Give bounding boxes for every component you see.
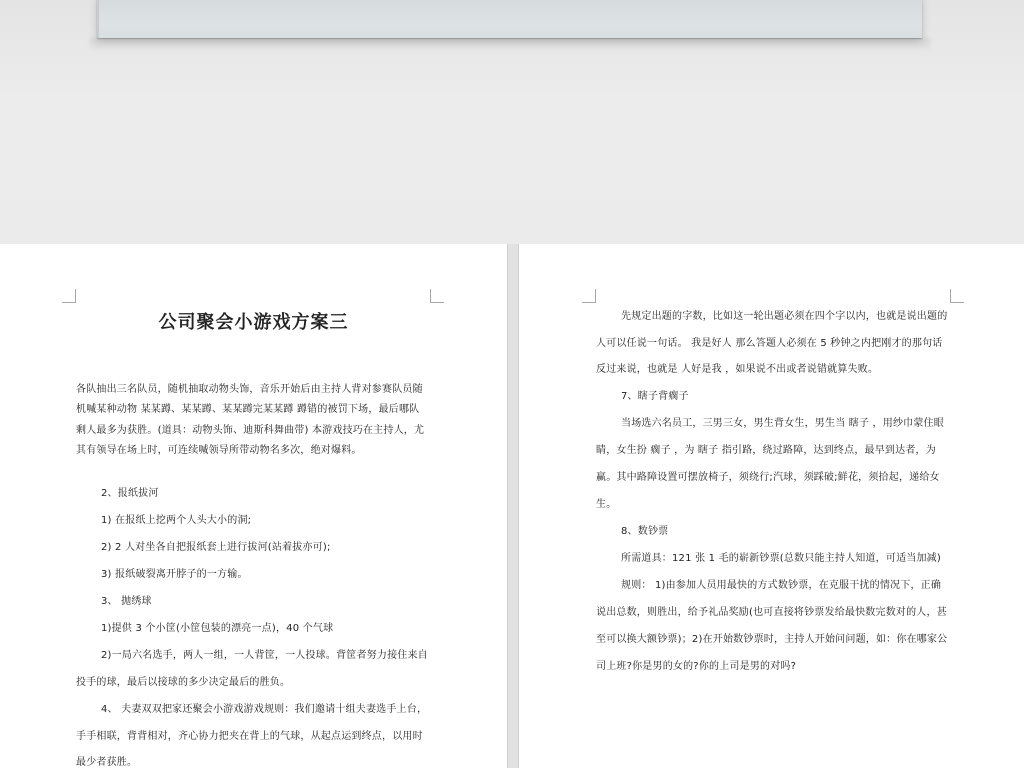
section-heading: 8、数钞票: [621, 525, 668, 539]
list-item: 1)提供 3 个小筐(小筐包装的漂亮一点)，40 个气球: [101, 622, 333, 636]
list-item: 3) 报纸破裂离开脖子的一方输。: [101, 568, 248, 582]
document-page-left: 公司聚会小游戏方案三 各队抽出三名队员，随机抽取动物头饰，音乐开始后由主持人背对…: [0, 244, 507, 768]
margin-corner-top-left: [582, 289, 596, 303]
section-heading: 2、报纸拔河: [101, 487, 159, 501]
paragraph-line: 手手相联，背背相对，齐心协力把夹在背上的气球，从起点运到终点，以用时: [76, 730, 423, 744]
paragraph-line: 投手的球，最后以接球的多少决定最后的胜负。: [76, 676, 290, 690]
list-item: 2)一局六名选手，两人一组，一人背筐，一人投球。背筐者努力接住来自: [101, 649, 428, 663]
margin-corner-top-left: [62, 289, 76, 303]
paragraph-line: 人可以任说一句话。 我是好人 那么答题人必须在 5 秒钟之内把刚才的那句话: [596, 337, 942, 351]
paragraph-line: 各队抽出三名队员，随机抽取动物头饰，音乐开始后由主持人背对参赛队员随: [76, 383, 423, 397]
paragraph-line: 当场选六名员工，三男三女，男生背女生，男生当 瞎子 ，用纱巾蒙住眼: [621, 417, 944, 431]
paragraph-line: 说出总数，则胜出，给予礼品奖励(也可直接将钞票发给最快数完数对的人，甚: [596, 606, 947, 620]
cover-shadow: [90, 38, 930, 52]
paragraph-line: 剩人最多为获胜。(道具：动物头饰、迪斯科舞曲带) 本游戏技巧在主持人，尤: [76, 424, 424, 438]
paragraph-line: 至可以换大额钞票)；2)在开始数钞票时，主持人开始问问题，如：你在哪家公: [596, 633, 947, 647]
section-heading: 3、 抛绣球: [101, 595, 152, 609]
paragraph-line: 规则： 1)由参加人员用最快的方式数钞票，在克服干扰的情况下，正确: [621, 579, 941, 593]
cover-preview-area: [0, 0, 1024, 244]
document-preview: 公司聚会小游戏方案三 各队抽出三名队员，随机抽取动物头饰，音乐开始后由主持人背对…: [0, 0, 1024, 768]
section-heading: 7、瞎子背瘸子: [621, 390, 689, 404]
paragraph-line: 其有领导在场上时，可连续喊领导所带动物名多次，绝对爆料。: [76, 444, 362, 458]
paragraph-line: 先规定出题的字数，比如这一轮出题必须在四个字以内，也就是说出题的: [621, 310, 947, 324]
paragraph-line: 赢。其中路障设置可摆放椅子，须绕行;汽球，须踩破;鲜花，须拾起，递给女: [596, 471, 940, 485]
paragraph-line: 最少者获胜。: [76, 756, 137, 768]
margin-corner-top-right: [950, 289, 964, 303]
document-page-right: 先规定出题的字数，比如这一轮出题必须在四个字以内，也就是说出题的 人可以任说一句…: [519, 244, 1024, 768]
list-item: 2) 2 人对坐各自把报纸套上进行拔河(站着拔亦可);: [101, 541, 331, 555]
paragraph-line: 机喊某种动物 某某蹲、某某蹲、某某蹲完某某蹲 蹲错的被罚下场，最后哪队: [76, 403, 419, 417]
page-gutter: [507, 244, 519, 768]
margin-corner-top-right: [430, 289, 444, 303]
paragraph-line: 反过来说，也就是 人好是我 ，如果说不出或者说错就算失败。: [596, 363, 878, 377]
paragraph-line: 生。: [596, 498, 616, 512]
paragraph-line: 司上班?你是男的女的?你的上司是男的对吗?: [596, 660, 796, 674]
paragraph-line: 睛，女生扮 瘸子 ，为 瞎子 指引路，绕过路障，达到终点，最早到达者，为: [596, 444, 936, 458]
list-item: 1) 在报纸上挖两个人头大小的洞;: [101, 514, 251, 528]
section-heading: 4、 夫妻双双把家还聚会小游戏游戏规则：我们邀请十组夫妻选手上台，: [101, 703, 427, 717]
book-cover: [97, 0, 922, 38]
paragraph-line: 所需道具：121 张 1 毛的崭新钞票(总数只能主持人知道，可适当加减): [621, 552, 941, 566]
page-title: 公司聚会小游戏方案三: [0, 308, 507, 334]
